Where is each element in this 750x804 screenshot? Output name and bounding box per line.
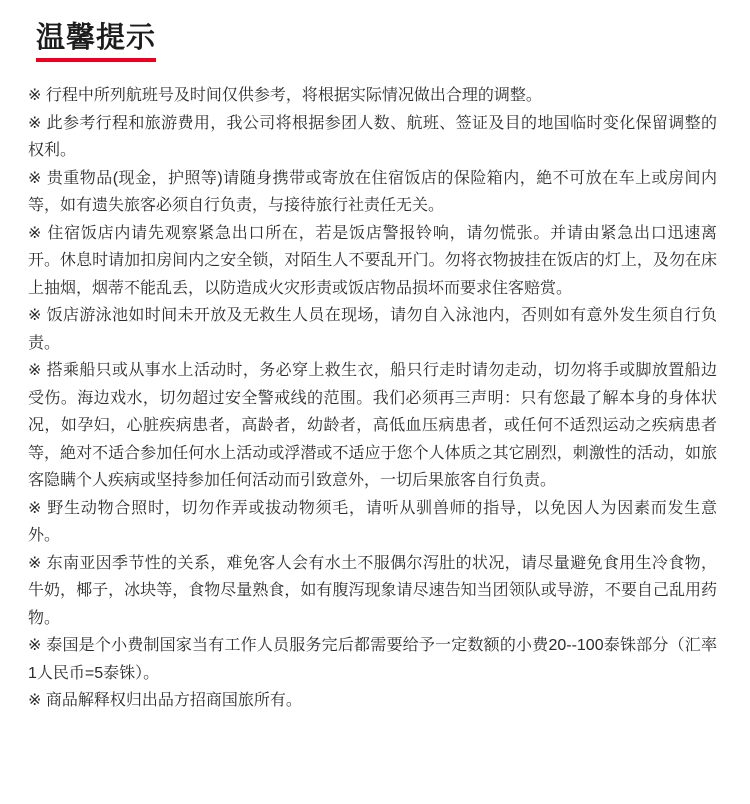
notice-item: ※ 饭店游泳池如时间未开放及无救生人员在现场，请勿自入泳池内，否则如有意外发生须… — [28, 302, 717, 357]
notice-item: ※ 野生动物合照时，切勿作弄或拔动物须毛，请听从驯兽师的指导，以免因人为因素而发… — [28, 495, 717, 550]
notice-item: ※ 泰国是个小费制国家当有工作人员服务完后都需要给予一定数额的小费20--100… — [28, 632, 717, 687]
notice-text: 住宿饭店内请先观察紧急出口所在，若是饭店警报铃响，请勿慌张。并请由紧急出口迅速离… — [28, 225, 717, 297]
notice-bullet-icon: ※ — [28, 500, 42, 517]
notice-bullet-icon: ※ — [28, 87, 41, 104]
notice-text: 商品解释权归出品方招商国旅所有。 — [46, 692, 302, 709]
notice-bullet-icon: ※ — [28, 637, 42, 654]
page-title: 温馨提示 — [36, 22, 156, 62]
notice-bullet-icon: ※ — [28, 115, 42, 132]
notice-bullet-icon: ※ — [28, 307, 42, 324]
notice-bullet-icon: ※ — [28, 225, 42, 242]
notice-item: ※ 商品解释权归出品方招商国旅所有。 — [28, 687, 717, 715]
notice-list: ※ 行程中所列航班号及时间仅供参考，将根据实际情况做出合理的调整。 ※ 此参考行… — [28, 82, 717, 715]
notice-text: 贵重物品(现金，护照等)请随身携带或寄放在住宿饭店的保险箱内，絶不可放在车上或房… — [28, 170, 717, 215]
notice-item: ※ 此参考行程和旅游费用，我公司将根据参团人数、航班、签证及目的地国临时变化保留… — [28, 110, 717, 165]
notice-item: ※ 住宿饭店内请先观察紧急出口所在，若是饭店警报铃响，请勿慌张。并请由紧急出口迅… — [28, 220, 717, 303]
notice-text: 东南亚因季节性的关系，难免客人会有水土不服偶尔泻肚的状况，请尽量避免食用生冷食物… — [28, 555, 717, 627]
notice-text: 饭店游泳池如时间未开放及无救生人员在现场，请勿自入泳池内，否则如有意外发生须自行… — [28, 307, 717, 352]
notice-text: 此参考行程和旅游费用，我公司将根据参团人数、航班、签证及目的地国临时变化保留调整… — [28, 115, 717, 160]
notice-text: 泰国是个小费制国家当有工作人员服务完后都需要给予一定数额的小费20--100泰铢… — [28, 637, 717, 682]
notice-bullet-icon: ※ — [28, 362, 42, 379]
notice-text: 搭乘船只或从事水上活动时，务必穿上救生衣，船只行走时请勿走动，切勿将手或脚放置船… — [28, 362, 717, 489]
notice-bullet-icon: ※ — [28, 692, 41, 709]
notice-text: 野生动物合照时，切勿作弄或拔动物须毛，请听从驯兽师的指导，以免因人为因素而发生意… — [28, 500, 717, 545]
notice-item: ※ 东南亚因季节性的关系，难免客人会有水土不服偶尔泻肚的状况，请尽量避免食用生冷… — [28, 550, 717, 633]
notice-item: ※ 行程中所列航班号及时间仅供参考，将根据实际情况做出合理的调整。 — [28, 82, 717, 110]
document-page: 温馨提示 ※ 行程中所列航班号及时间仅供参考，将根据实际情况做出合理的调整。 ※… — [0, 0, 750, 804]
notice-bullet-icon: ※ — [28, 170, 42, 187]
notice-text: 行程中所列航班号及时间仅供参考，将根据实际情况做出合理的调整。 — [46, 87, 542, 104]
notice-item: ※ 贵重物品(现金，护照等)请随身携带或寄放在住宿饭店的保险箱内，絶不可放在车上… — [28, 165, 717, 220]
notice-bullet-icon: ※ — [28, 555, 42, 572]
notice-item: ※ 搭乘船只或从事水上活动时，务必穿上救生衣，船只行走时请勿走动，切勿将手或脚放… — [28, 357, 717, 495]
